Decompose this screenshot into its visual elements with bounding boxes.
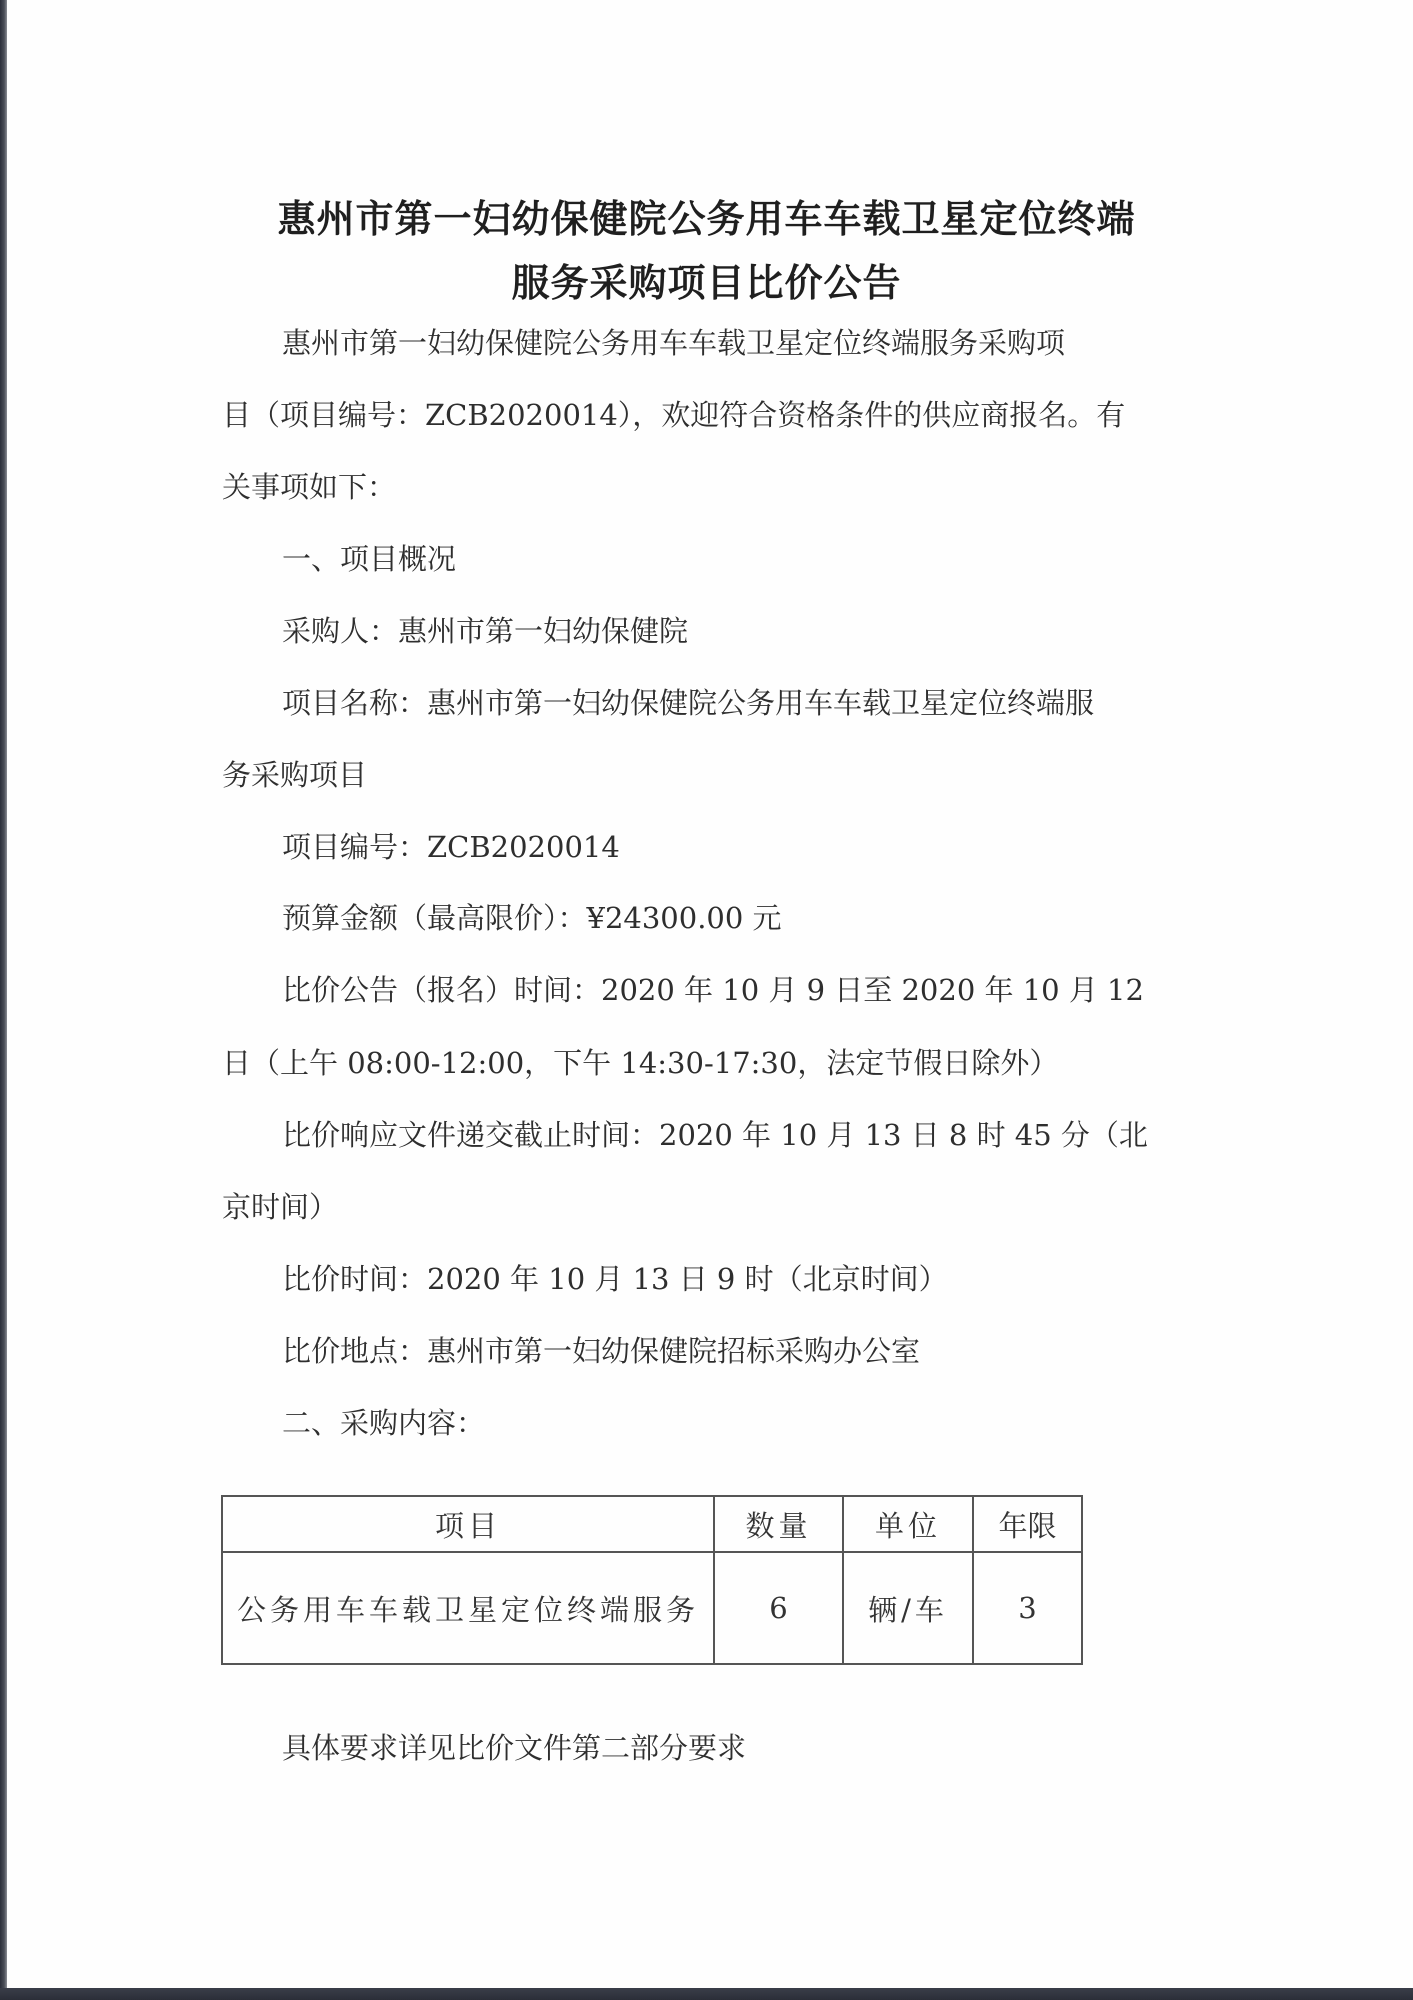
intro-line-2: 目（项目编号：ZCB2020014），欢迎符合资格条件的供应商报名。有 — [222, 395, 1125, 435]
compare-time: 比价时间：2020 年 10 月 13 日 9 时（北京时间） — [282, 1259, 948, 1299]
cell-item: 公务用车车载卫星定位终端服务 — [222, 1552, 714, 1664]
deadline-line-1: 比价响应文件递交截止时间：2020 年 10 月 13 日 8 时 45 分（北 — [282, 1115, 1148, 1155]
cell-unit: 辆/车 — [843, 1552, 973, 1664]
section-2-heading: 二、采购内容： — [282, 1403, 485, 1443]
purchaser: 采购人：惠州市第一妇幼保健院 — [282, 611, 688, 651]
procurement-table: 项目 数量 单位 年限 公务用车车载卫星定位终端服务 6 辆/车 3 — [221, 1495, 1083, 1665]
project-name-line-1: 项目名称：惠州市第一妇幼保健院公务用车车载卫星定位终端服 — [282, 683, 1094, 723]
cell-quantity: 6 — [714, 1552, 843, 1664]
header-quantity: 数量 — [714, 1496, 843, 1552]
page-title-line-2: 服务采购项目比价公告 — [0, 252, 1413, 307]
cell-term: 3 — [973, 1552, 1082, 1664]
project-name-line-2: 务采购项目 — [222, 755, 367, 795]
table-header-row: 项目 数量 单位 年限 — [222, 1496, 1082, 1552]
scan-edge-bottom — [0, 1988, 1413, 2000]
requirements-note: 具体要求详见比价文件第二部分要求 — [282, 1728, 746, 1768]
page-title-line-1: 惠州市第一妇幼保健院公务用车车载卫星定位终端 — [0, 188, 1413, 243]
intro-line-1: 惠州市第一妇幼保健院公务用车车载卫星定位终端服务采购项 — [282, 323, 1065, 363]
budget-amount: 预算金额（最高限价）：¥24300.00 元 — [282, 898, 782, 938]
compare-location: 比价地点：惠州市第一妇幼保健院招标采购办公室 — [282, 1331, 920, 1371]
table-row: 公务用车车载卫星定位终端服务 6 辆/车 3 — [222, 1552, 1082, 1664]
announce-time-line-2: 日（上午 08:00-12:00，下午 14:30-17:30，法定节假日除外） — [222, 1043, 1058, 1083]
header-term: 年限 — [973, 1496, 1082, 1552]
header-item: 项目 — [222, 1496, 714, 1552]
announce-time-line-1: 比价公告（报名）时间：2020 年 10 月 9 日至 2020 年 10 月 … — [282, 970, 1144, 1010]
project-number: 项目编号：ZCB2020014 — [282, 827, 620, 867]
deadline-line-2: 京时间） — [222, 1187, 338, 1227]
section-1-heading: 一、项目概况 — [282, 539, 456, 579]
header-unit: 单位 — [843, 1496, 973, 1552]
intro-line-3: 关事项如下： — [222, 467, 396, 507]
